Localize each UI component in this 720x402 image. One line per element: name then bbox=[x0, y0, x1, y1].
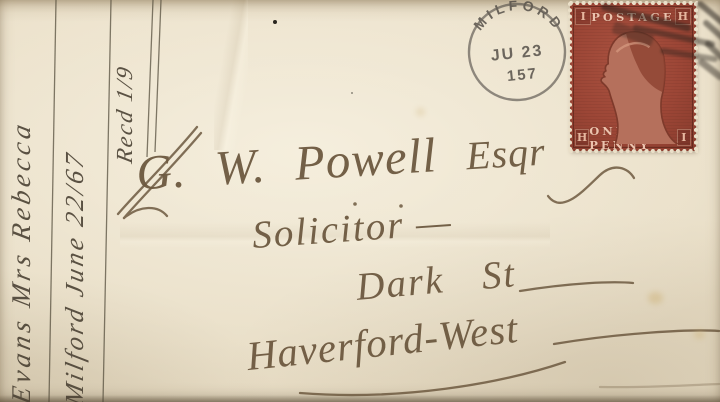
postmark-milford-cds: MILFORD JU 23 157 bbox=[0, 0, 720, 402]
ink-speck bbox=[273, 20, 277, 24]
svg-text:MILFORD: MILFORD bbox=[468, 0, 568, 43]
foxing-stain bbox=[694, 330, 705, 339]
postmark-town: MILFORD bbox=[468, 0, 568, 43]
envelope-bottom-edge-shadow bbox=[0, 395, 720, 402]
envelope: Evans Mrs Rebecca Milford June 22/67 Rec… bbox=[0, 0, 720, 402]
foxing-stain bbox=[416, 108, 425, 116]
ink-speck bbox=[351, 92, 353, 94]
postmark-code: 157 bbox=[506, 65, 539, 85]
foxing-stain bbox=[648, 292, 663, 304]
postmark-date: JU 23 bbox=[490, 42, 544, 64]
